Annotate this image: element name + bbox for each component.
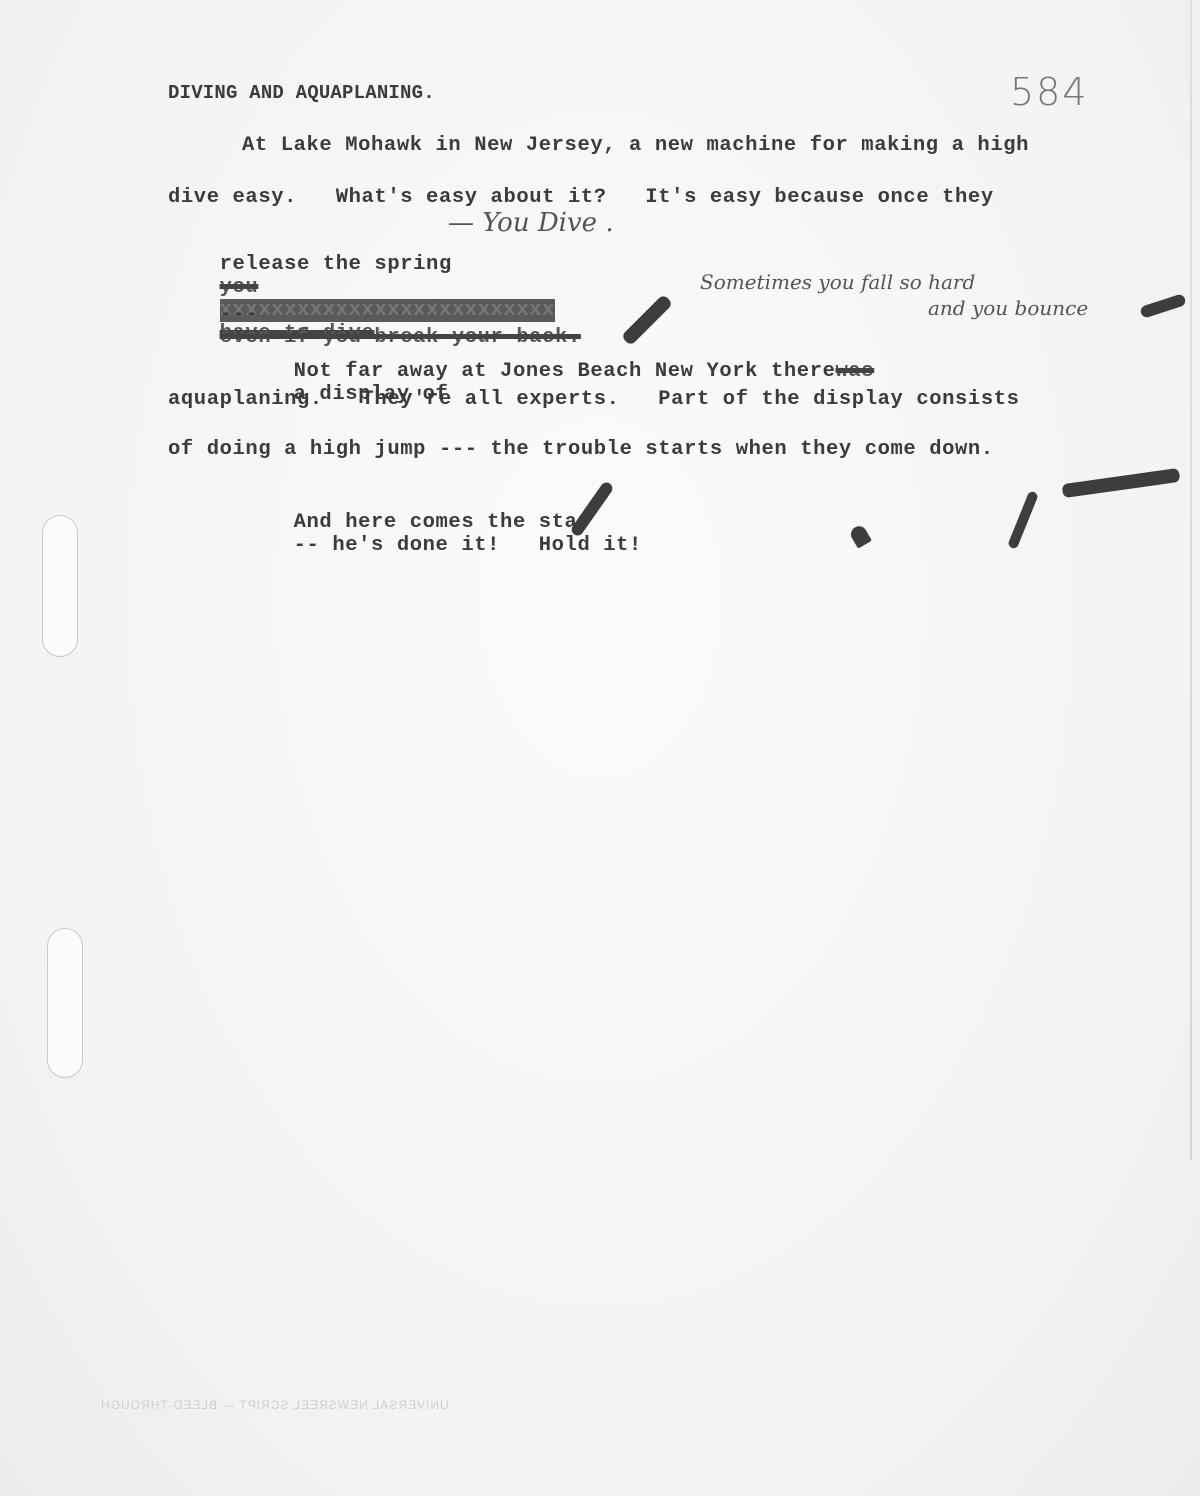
- document-page: 584 DIVING AND AQUAPLANING. At Lake Moha…: [0, 0, 1200, 1496]
- line-text-b: -- he's done it! Hold it!: [294, 534, 642, 557]
- dash-prefix: ---: [220, 303, 259, 326]
- handwritten-insert-bounce: and you bounce: [928, 296, 1088, 320]
- handwritten-page-number: 584: [1010, 70, 1089, 114]
- edit-dash-mark: [1139, 293, 1186, 319]
- caret-insert-mark: [848, 523, 872, 548]
- binder-hole-top: [42, 515, 78, 657]
- binder-hole-bottom: [47, 928, 83, 1078]
- paragraph-1-line-1: At Lake Mohawk in New Jersey, a new mach…: [242, 134, 1029, 157]
- page-edge: [1190, 0, 1192, 1160]
- handwritten-insert-fall-hard: Sometimes you fall so hard: [700, 270, 975, 294]
- paragraph-1-line-2: dive easy. What's easy about it? It's ea…: [168, 186, 994, 209]
- edit-underline-mark: [1062, 468, 1181, 498]
- line-text-a: And here comes the star: [294, 511, 591, 534]
- line-3-text: release the spring: [220, 253, 452, 276]
- document-title: DIVING AND AQUAPLANING.: [168, 82, 435, 104]
- bleed-through-text: UNIVERSAL NEWSREEL SCRIPT — BLEED-THROUG…: [100, 1398, 449, 1412]
- struck-word-was: was: [836, 360, 875, 383]
- line-1-text: Not far away at Jones Beach New York the…: [294, 360, 836, 383]
- paragraph-3-line-1: And here comes the star -- he's done it!…: [242, 488, 642, 580]
- paragraph-2-line-2: aquaplaning. They're all experts. Part o…: [168, 388, 1020, 411]
- edit-slash-end: [1007, 490, 1039, 549]
- paragraph-2-line-3: of doing a high jump --- the trouble sta…: [168, 438, 994, 461]
- paragraph-2-line-1: Not far away at Jones Beach New York the…: [242, 337, 874, 429]
